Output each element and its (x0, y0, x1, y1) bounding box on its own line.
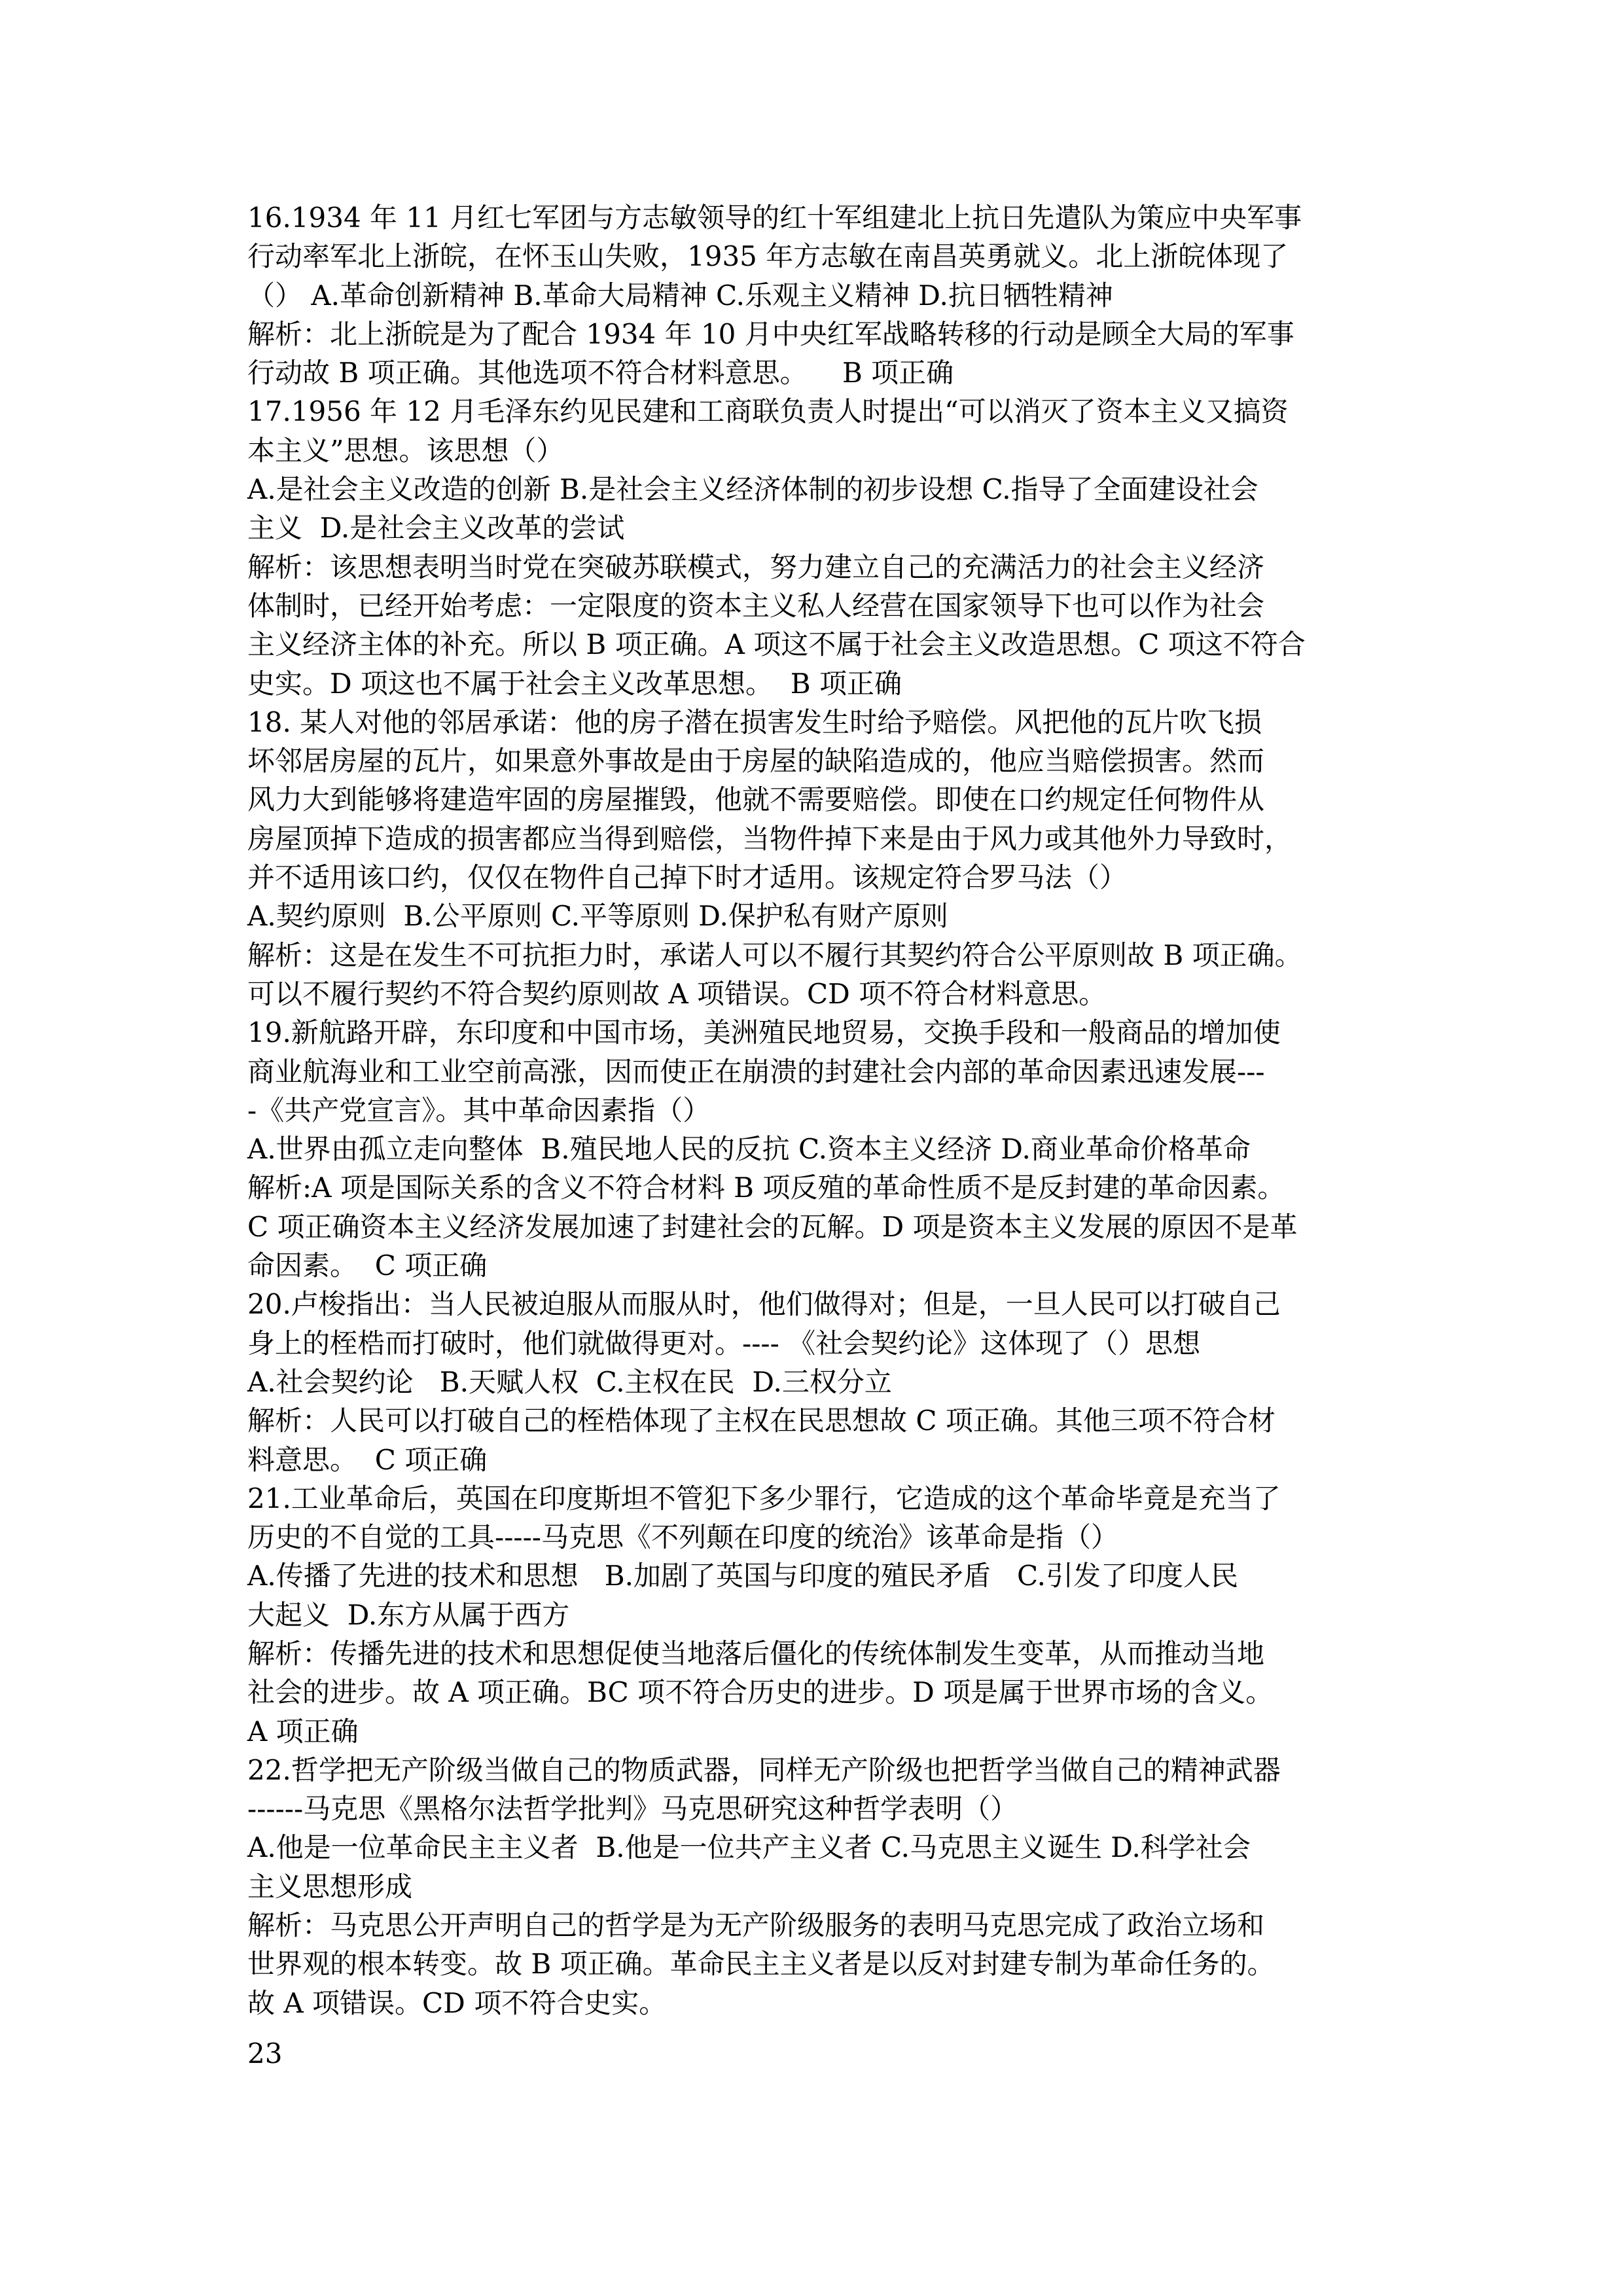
q22-options-line-1: A.他是一位革命民主主义者 B.他是一位共产主义者 C.马克思主义诞生 D.科学… (247, 1828, 1373, 1867)
q17-options-line-2: 主义 D.是社会主义改革的尝试 (247, 509, 1373, 547)
q16-options: （） A.革命创新精神 B.革命大局精神 C.乐观主义精神 D.抗日牺牲精神 (247, 276, 1373, 315)
q16-stem-line-2: 行动率军北上浙皖，在怀玉山失败，1935 年方志敏在南昌英勇就义。北上浙皖体现了 (247, 237, 1373, 276)
q22-analysis-line-3: 故 A 项错误。CD 项不符合史实。 (247, 1984, 1373, 2022)
q20-options: A.社会契约论 B.天赋人权 C.主权在民 D.三权分立 (247, 1363, 1373, 1401)
q22-options-line-2: 主义思想形成 (247, 1867, 1373, 1906)
q19-analysis-line-1: 解析:A 项是国际关系的含义不符合材料 B 项反殖的革命性质不是反封建的革命因素… (247, 1168, 1373, 1207)
q21-stem-line-2: 历史的不自觉的工具-----马克思《不列颠在印度的统治》该革命是指（） (247, 1518, 1373, 1556)
q19-stem-line-2: 商业航海业和工业空前高涨，因而使正在崩溃的封建社会内部的革命因素迅速发展--- (247, 1052, 1373, 1091)
q16-analysis-line-2: 行动故 B 项正确。其他选项不符合材料意思。 B 项正确 (247, 353, 1373, 392)
q17-options-line-1: A.是社会主义改造的创新 B.是社会主义经济体制的初步设想 C.指导了全面建设社… (247, 470, 1373, 509)
q19-options: A.世界由孤立走向整体 B.殖民地人民的反抗 C.资本主义经济 D.商业革命价格… (247, 1130, 1373, 1168)
q17-analysis-line-4: 史实。D 项这也不属于社会主义改革思想。 B 项正确 (247, 664, 1373, 703)
q17-stem-line-1: 17.1956 年 12 月毛泽东约见民建和工商联负责人时提出“可以消灭了资本主… (247, 392, 1373, 431)
q17-stem-line-2: 本主义”思想。该思想（） (247, 431, 1373, 470)
q21-answer: A 项正确 (247, 1712, 1373, 1751)
q18-analysis-line-2: 可以不履行契约不符合契约原则故 A 项错误。CD 项不符合材料意思。 (247, 975, 1373, 1013)
q18-stem-line-2: 坏邻居房屋的瓦片，如果意外事故是由于房屋的缺陷造成的，他应当赔偿损害。然而 (247, 742, 1373, 780)
q22-stem-line-2: ------马克思《黑格尔法哲学批判》马克思研究这种哲学表明（） (247, 1789, 1373, 1828)
page-number: 23 (247, 2034, 282, 2073)
q21-stem-line-1: 21.工业革命后，英国在印度斯坦不管犯下多少罪行，它造成的这个革命毕竟是充当了 (247, 1479, 1373, 1518)
q22-analysis-line-2: 世界观的根本转变。故 B 项正确。革命民主主义者是以反对封建专制为革命任务的。 (247, 1945, 1373, 1983)
q21-analysis-line-2: 社会的进步。故 A 项正确。BC 项不符合历史的进步。D 项是属于世界市场的含义… (247, 1673, 1373, 1712)
q20-analysis-line-1: 解析：人民可以打破自己的桎梏体现了主权在民思想故 C 项正确。其他三项不符合材 (247, 1401, 1373, 1440)
q22-stem-line-1: 22.哲学把无产阶级当做自己的物质武器，同样无产阶级也把哲学当做自己的精神武器 (247, 1751, 1373, 1789)
q18-stem-line-1: 18. 某人对他的邻居承诺：他的房子潜在损害发生时给予赔偿。风把他的瓦片吹飞损 (247, 703, 1373, 742)
q17-analysis-line-1: 解析：该思想表明当时党在突破苏联模式，努力建立自己的充满活力的社会主义经济 (247, 548, 1373, 586)
q17-analysis-line-2: 体制时，已经开始考虑：一定限度的资本主义私人经营在国家领导下也可以作为社会 (247, 586, 1373, 625)
q16-stem-line-1: 16.1934 年 11 月红七军团与方志敏领导的红十军组建北上抗日先遣队为策应… (247, 198, 1373, 237)
q19-stem-line-3: -《共产党宣言》。其中革命因素指（） (247, 1091, 1373, 1130)
q19-stem-line-1: 19.新航路开辟，东印度和中国市场，美洲殖民地贸易，交换手段和一般商品的增加使 (247, 1013, 1373, 1052)
q22-analysis-line-1: 解析：马克思公开声明自己的哲学是为无产阶级服务的表明马克思完成了政治立场和 (247, 1906, 1373, 1945)
q21-options-line-1: A.传播了先进的技术和思想 B.加剧了英国与印度的殖民矛盾 C.引发了印度人民 (247, 1556, 1373, 1595)
q20-stem-line-1: 20.卢梭指出：当人民被迫服从而服从时，他们做得对；但是，一旦人民可以打破自己 (247, 1285, 1373, 1323)
q20-analysis-line-2: 料意思。 C 项正确 (247, 1441, 1373, 1479)
q21-analysis-line-1: 解析：传播先进的技术和思想促使当地落后僵化的传统体制发生变革，从而推动当地 (247, 1634, 1373, 1673)
q18-options: A.契约原则 B.公平原则 C.平等原则 D.保护私有财产原则 (247, 897, 1373, 935)
q20-stem-line-2: 身上的桎梏而打破时，他们就做得更对。---- 《社会契约论》这体现了（）思想 (247, 1324, 1373, 1363)
document-page: 16.1934 年 11 月红七军团与方志敏领导的红十军组建北上抗日先遣队为策应… (0, 0, 1623, 2296)
q18-stem-line-3: 风力大到能够将建造牢固的房屋摧毁，他就不需要赔偿。即使在口约规定任何物件从 (247, 780, 1373, 819)
q18-stem-line-4: 房屋顶掉下造成的损害都应当得到赔偿，当物件掉下来是由于风力或其他外力导致时， (247, 819, 1373, 858)
question-text-block: 16.1934 年 11 月红七军团与方志敏领导的红十军组建北上抗日先遣队为策应… (247, 198, 1373, 2022)
q18-stem-line-5: 并不适用该口约，仅仅在物件自己掉下时才适用。该规定符合罗马法（） (247, 858, 1373, 897)
q18-analysis-line-1: 解析：这是在发生不可抗拒力时，承诺人可以不履行其契约符合公平原则故 B 项正确。 (247, 936, 1373, 975)
q21-options-line-2: 大起义 D.东方从属于西方 (247, 1596, 1373, 1634)
q19-analysis-line-3: 命因素。 C 项正确 (247, 1246, 1373, 1285)
q17-analysis-line-3: 主义经济主体的补充。所以 B 项正确。A 项这不属于社会主义改造思想。C 项这不… (247, 625, 1373, 664)
q19-analysis-line-2: C 项正确资本主义经济发展加速了封建社会的瓦解。D 项是资本主义发展的原因不是革 (247, 1208, 1373, 1246)
q16-analysis-line-1: 解析：北上浙皖是为了配合 1934 年 10 月中央红军战略转移的行动是顾全大局… (247, 315, 1373, 353)
